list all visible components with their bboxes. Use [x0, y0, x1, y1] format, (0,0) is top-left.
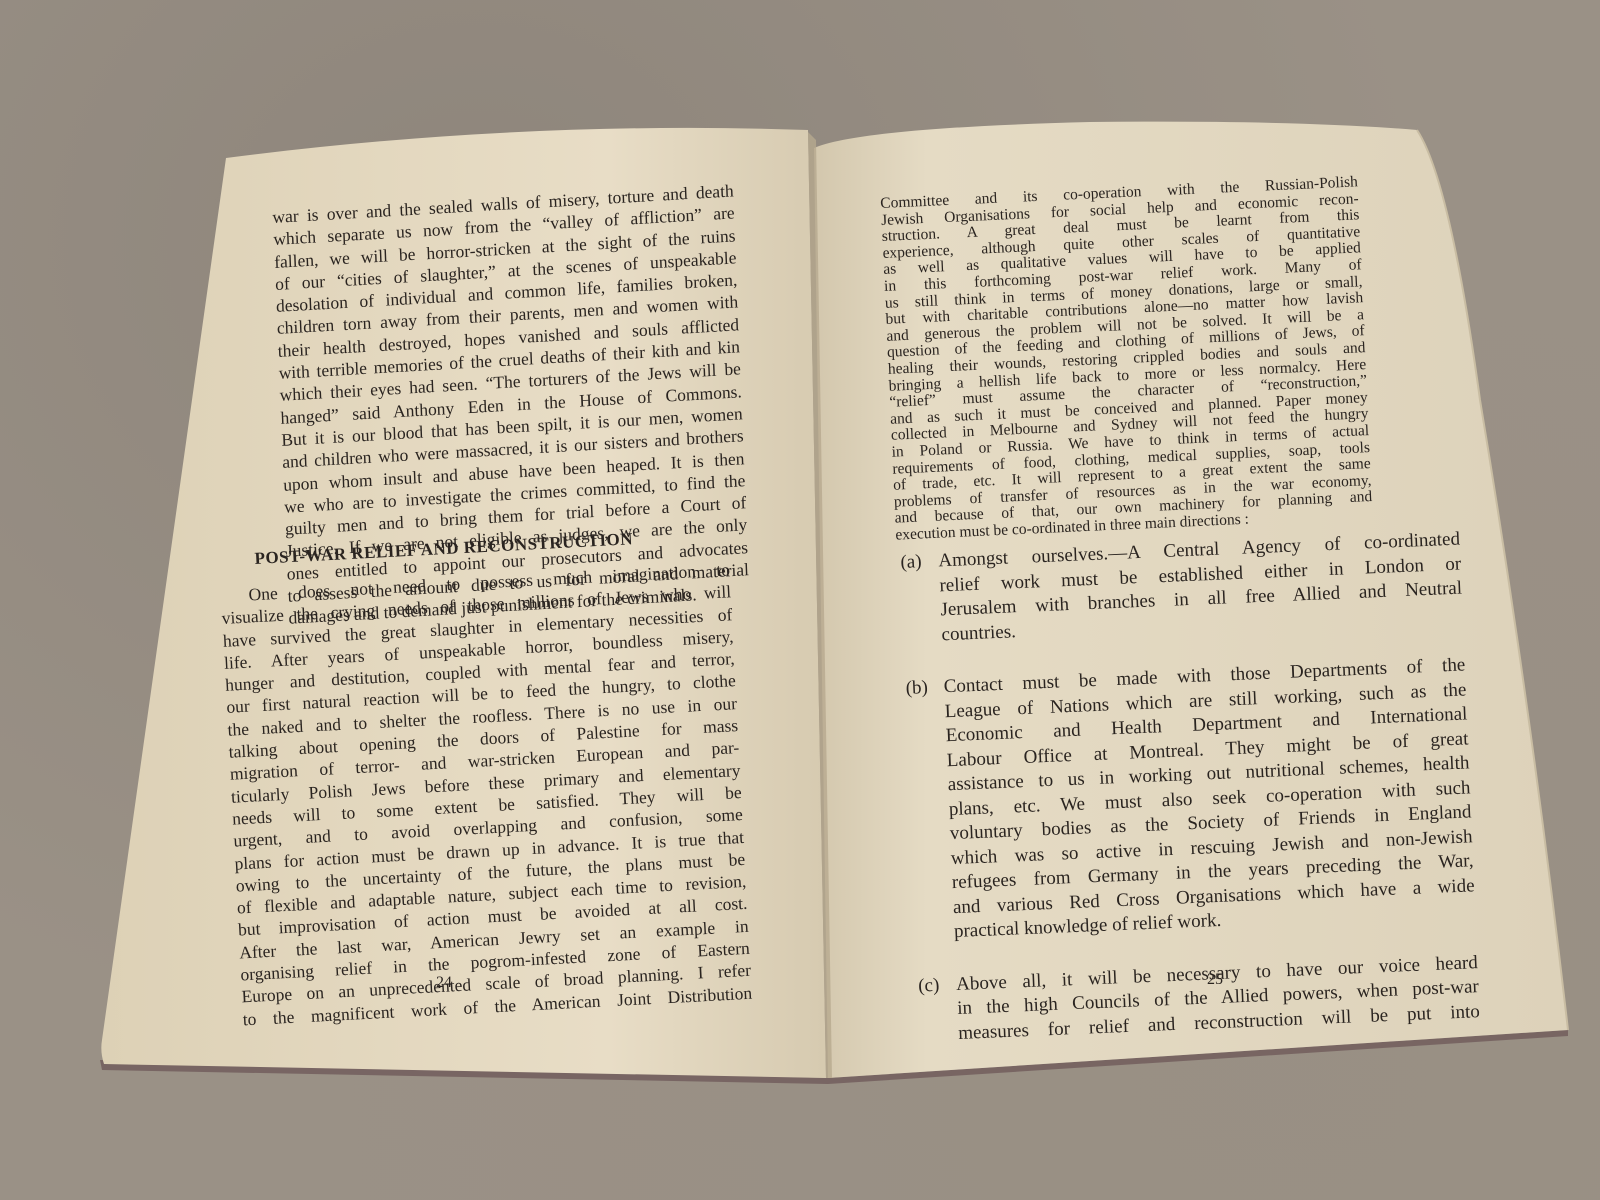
list-item: (b)Contact must be made with those Depar…: [905, 653, 1476, 946]
list-body: Contact must be made with those Departme…: [943, 653, 1476, 944]
section-body: One does not need to possess much imagin…: [220, 558, 753, 1030]
list-marker: (c): [918, 973, 959, 1048]
list-body: Amongst ourselves.—A Central Agency of c…: [938, 528, 1464, 648]
right-page-continuation: Committee and its co-operation with the …: [880, 174, 1373, 544]
list-body: Above all, it will be necessary to have …: [956, 951, 1481, 1046]
list-marker: (a): [900, 549, 942, 649]
page-number-left: 24: [436, 974, 452, 992]
list-item: (c)Above all, it will be necessary to ha…: [918, 951, 1481, 1048]
page-number-right: 25: [1207, 971, 1223, 989]
directions-list: (a)Amongst ourselves.—A Central Agency o…: [900, 528, 1481, 1076]
